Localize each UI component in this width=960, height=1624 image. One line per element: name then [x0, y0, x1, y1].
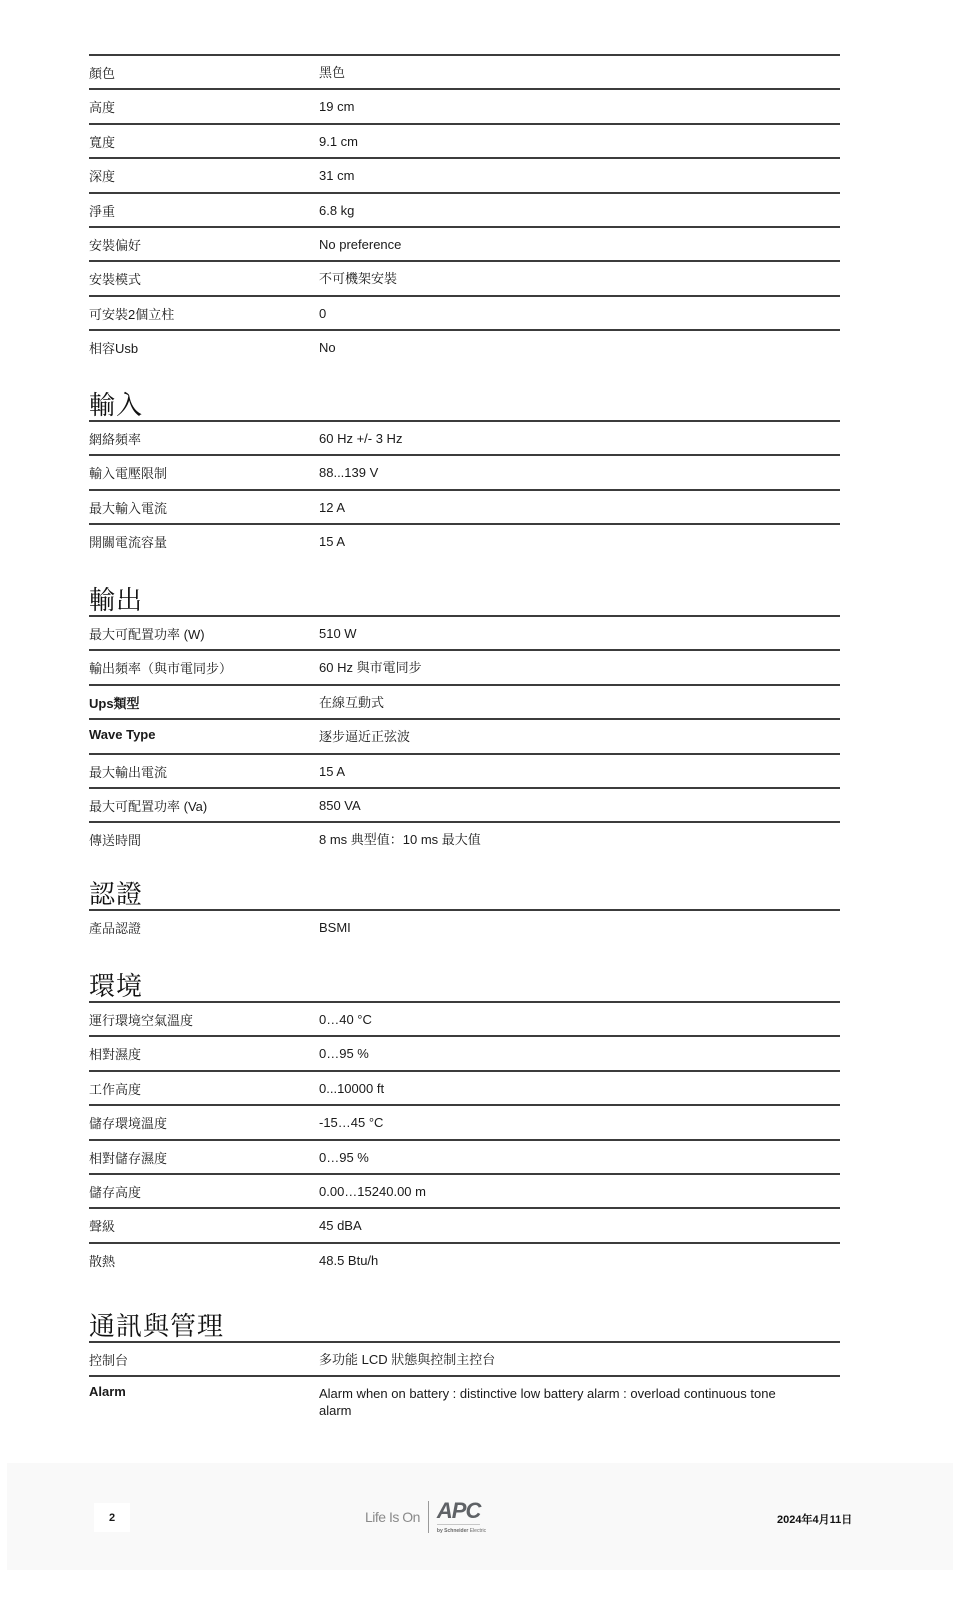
spec-label: 相對濕度 [89, 1044, 141, 1063]
spec-label: 運行環境空氣溫度 [89, 1010, 193, 1029]
spec-label: 開關電流容量 [89, 532, 167, 551]
spec-row-mounting-mode: 安裝模式不可機架安裝 [89, 260, 840, 294]
section-communication-management: 通訊與管理 控制台多功能 LCD 狀態與控制主控台 AlarmAlarm whe… [89, 1311, 840, 1429]
spec-row-height: 高度19 cm [89, 88, 840, 122]
section-title: 輸出 [89, 585, 840, 615]
spec-label: 聲級 [89, 1216, 115, 1235]
spec-row-relative-humidity: 相對濕度0…95 % [89, 1035, 840, 1069]
spec-value: 0…40 °C [319, 1011, 789, 1028]
spec-label: 高度 [89, 97, 115, 116]
spec-row-max-output-current: 最大輸出電流15 A [89, 753, 840, 787]
spec-label: 深度 [89, 166, 115, 185]
section-title: 認證 [89, 879, 840, 909]
spec-label: 寬度 [89, 132, 115, 151]
spec-label: 可安裝2個立柱 [89, 304, 174, 323]
spec-label: 輸入電壓限制 [89, 463, 167, 482]
spec-value: No preference [319, 236, 789, 253]
spec-label: Ups類型 [89, 693, 140, 712]
spec-value: 15 A [319, 763, 789, 780]
spec-row-network-frequency: 網絡頻率60 Hz +/- 3 Hz [89, 420, 840, 454]
spec-row-2-post-mountable: 可安裝2個立柱0 [89, 295, 840, 329]
spec-row-usb-compatible: 相容UsbNo [89, 329, 840, 363]
spec-label: 儲存環境溫度 [89, 1113, 167, 1132]
spec-value: 在線互動式 [319, 694, 789, 711]
spec-row-input-voltage-limits: 輸入電壓限制88...139 V [89, 454, 840, 488]
spec-value: 0 [319, 305, 789, 322]
spec-value: Alarm when on battery : distinctive low … [319, 1385, 789, 1419]
spec-value: No [319, 339, 789, 356]
page-number: 2 [94, 1503, 130, 1532]
spec-row-storage-temp: 儲存環境溫度-15…45 °C [89, 1104, 840, 1138]
section-input: 輸入 網絡頻率60 Hz +/- 3 Hz 輸入電壓限制88...139 V 最… [89, 390, 840, 558]
spec-label: 網絡頻率 [89, 429, 141, 448]
spec-row-max-power-va: 最大可配置功率 (Va)850 VA [89, 787, 840, 821]
spec-row-heat-dissipation: 散熱48.5 Btu/h [89, 1242, 840, 1276]
spec-value: 60 Hz 與市電同步 [319, 659, 789, 676]
spec-row-mounting-preference: 安裝偏好No preference [89, 226, 840, 260]
spec-row-transfer-time: 傳送時間8 ms 典型值：10 ms 最大值 [89, 821, 840, 855]
schneider-bold: by Schneider [437, 1528, 468, 1534]
spec-row-operating-temp: 運行環境空氣溫度0…40 °C [89, 1001, 840, 1035]
spec-label: 最大可配置功率 (Va) [89, 796, 207, 815]
brand-divider [428, 1501, 429, 1533]
spec-value: 19 cm [319, 98, 789, 115]
spec-value: 多功能 LCD 狀態與控制主控台 [319, 1351, 789, 1368]
spec-label: 顏色 [89, 63, 115, 82]
spec-value: 88...139 V [319, 464, 789, 481]
spec-label: 相對儲存濕度 [89, 1148, 167, 1167]
section-output: 輸出 最大可配置功率 (W)510 W 輸出頻率（與市電同步）60 Hz 與市電… [89, 585, 840, 856]
section-environment: 環境 運行環境空氣溫度0…40 °C 相對濕度0…95 % 工作高度0...10… [89, 971, 840, 1276]
spec-label: 最大可配置功率 (W) [89, 624, 205, 643]
spec-value: 黑色 [319, 64, 789, 81]
spec-row-storage-altitude: 儲存高度0.00…15240.00 m [89, 1173, 840, 1207]
section-title: 通訊與管理 [89, 1311, 840, 1341]
document-date: 2024年4月11日 [777, 1511, 852, 1527]
spec-row-switch-current-capacity: 開關電流容量15 A [89, 523, 840, 557]
spec-row-width: 寬度9.1 cm [89, 123, 840, 157]
spec-label: 儲存高度 [89, 1182, 141, 1201]
spec-label: 最大輸出電流 [89, 762, 167, 781]
section-physical: 顏色黑色 高度19 cm 寬度9.1 cm 深度31 cm 淨重6.8 kg 安… [89, 54, 840, 364]
schneider-byline: by Schneider Electric [437, 1528, 486, 1534]
spec-row-max-input-current: 最大輸入電流12 A [89, 489, 840, 523]
spec-label: Wave Type [89, 727, 155, 742]
spec-value: 0…95 % [319, 1045, 789, 1062]
spec-label: 產品認證 [89, 918, 141, 937]
spec-value: 510 W [319, 625, 789, 642]
apc-logo: APC by Schneider Electric [437, 1500, 486, 1534]
spec-label: 輸出頻率（與市電同步） [89, 658, 232, 677]
spec-value: 9.1 cm [319, 133, 789, 150]
spec-row-noise-level: 聲級45 dBA [89, 1207, 840, 1241]
spec-label: 安裝模式 [89, 269, 141, 288]
spec-label: 控制台 [89, 1350, 128, 1369]
spec-row-output-frequency: 輸出頻率（與市電同步）60 Hz 與市電同步 [89, 649, 840, 683]
spec-value: 15 A [319, 533, 789, 550]
spec-row-color: 顏色黑色 [89, 54, 840, 88]
spec-row-wave-type: Wave Type逐步逼近正弦波 [89, 718, 840, 752]
spec-value: 48.5 Btu/h [319, 1252, 789, 1269]
spec-label: Alarm [89, 1384, 126, 1399]
spec-value: 31 cm [319, 167, 789, 184]
spec-value: 8 ms 典型值：10 ms 最大值 [319, 831, 789, 848]
spec-row-product-certification: 產品認證BSMI [89, 909, 840, 943]
spec-label: 相容Usb [89, 338, 138, 357]
spec-value: 850 VA [319, 797, 789, 814]
spec-value: 6.8 kg [319, 202, 789, 219]
spec-label: 最大輸入電流 [89, 498, 167, 517]
spec-value: 不可機架安裝 [319, 270, 789, 287]
spec-label: 安裝偏好 [89, 235, 141, 254]
spec-row-depth: 深度31 cm [89, 157, 840, 191]
spec-row-max-power-w: 最大可配置功率 (W)510 W [89, 615, 840, 649]
spec-row-storage-humidity: 相對儲存濕度0…95 % [89, 1139, 840, 1173]
brand-logo: Life Is On APC by Schneider Electric [365, 1495, 486, 1539]
spec-value: 45 dBA [319, 1217, 789, 1234]
section-title: 環境 [89, 971, 840, 1001]
spec-label: 散熱 [89, 1251, 115, 1270]
spec-row-net-weight: 淨重6.8 kg [89, 192, 840, 226]
spec-value: 0...10000 ft [319, 1080, 789, 1097]
spec-value: 0.00…15240.00 m [319, 1183, 789, 1200]
life-is-on-tagline: Life Is On [365, 1509, 420, 1525]
spec-row-alarm: AlarmAlarm when on battery : distinctive… [89, 1375, 840, 1429]
spec-label: 傳送時間 [89, 830, 141, 849]
spec-label: 工作高度 [89, 1079, 141, 1098]
spec-label: 淨重 [89, 201, 115, 220]
page-footer: 2 Life Is On APC by Schneider Electric 2… [7, 1463, 953, 1570]
spec-value: 逐步逼近正弦波 [319, 728, 789, 745]
spec-value: BSMI [319, 919, 789, 936]
apc-wordmark: APC [437, 1500, 480, 1525]
spec-row-ups-type: Ups類型在線互動式 [89, 684, 840, 718]
spec-value: 0…95 % [319, 1149, 789, 1166]
spec-value: -15…45 °C [319, 1114, 789, 1131]
section-certification: 認證 產品認證BSMI [89, 879, 840, 943]
schneider-light: Electric [470, 1528, 486, 1534]
spec-row-operating-altitude: 工作高度0...10000 ft [89, 1070, 840, 1104]
spec-value: 12 A [319, 499, 789, 516]
spec-row-control-panel: 控制台多功能 LCD 狀態與控制主控台 [89, 1341, 840, 1375]
section-title: 輸入 [89, 390, 840, 420]
spec-value: 60 Hz +/- 3 Hz [319, 430, 789, 447]
